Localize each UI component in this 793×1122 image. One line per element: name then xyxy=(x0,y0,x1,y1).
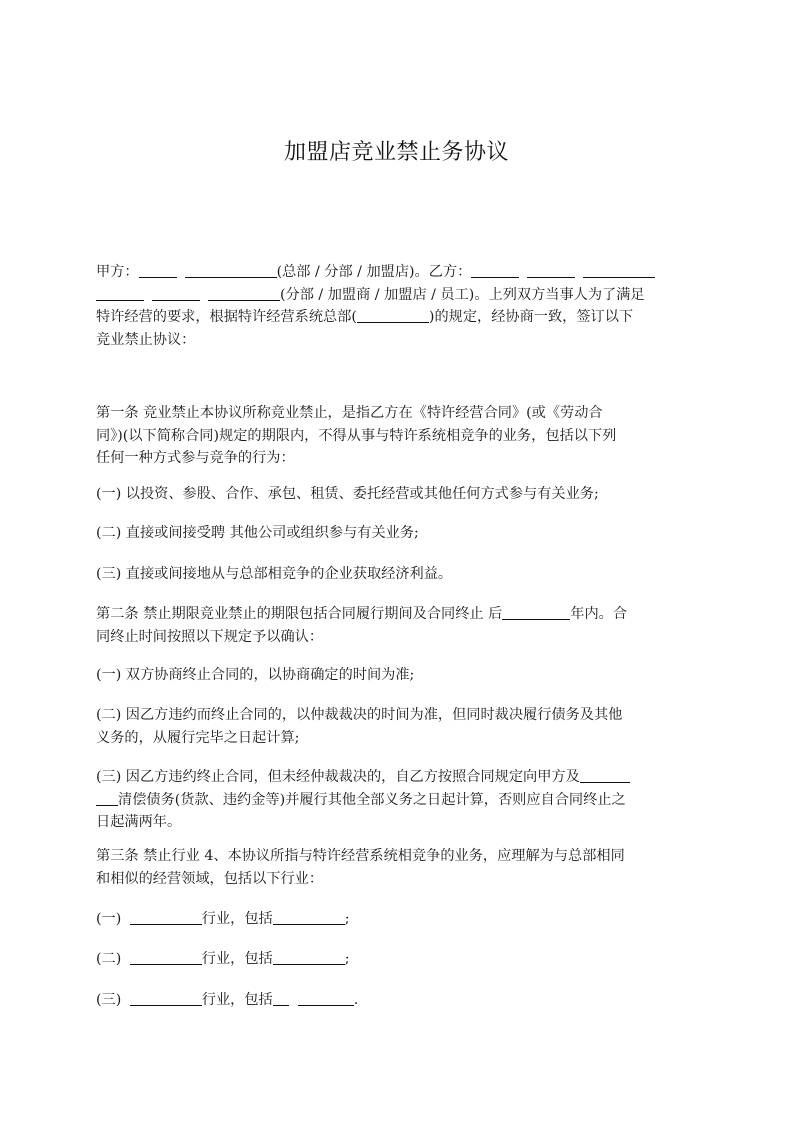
list-item: (一) 双方协商终止合同的，以协商确定的时间为准; xyxy=(96,664,698,687)
headquarters-blank[interactable] xyxy=(357,308,429,323)
article-1-item-1: (一) 以投资、参股、合作、承包、租赁、委托经营或其他任何方式参与有关业务; xyxy=(96,483,698,506)
party-b-blank-3[interactable] xyxy=(583,263,655,278)
article-2-text: 年内。合 xyxy=(570,606,627,622)
party-b-blank-6[interactable] xyxy=(208,286,280,301)
list-item: 义务的，从履行完毕之日起计算; xyxy=(96,727,698,750)
party-b-blank-1[interactable] xyxy=(471,263,519,278)
document-title: 加盟店竞业禁止务协议 xyxy=(0,138,793,168)
item-end: ; xyxy=(345,911,350,927)
item-prefix: (二) xyxy=(96,951,126,967)
article-3-line: 第三条 禁止行业 4、本协议所指与特许经营系统相竞争的业务，应理解为与总部相同 xyxy=(96,845,698,868)
industry-detail-blank-2[interactable] xyxy=(298,991,354,1006)
preamble-line-4: 竞业禁止协议： xyxy=(96,329,698,352)
party-a-and-blank-cont[interactable] xyxy=(96,791,118,806)
article-1-line: 任何一种方式参与竞争的行为： xyxy=(96,447,698,470)
industry-blank[interactable] xyxy=(130,950,202,965)
item-prefix: (三) xyxy=(96,992,126,1008)
item-end: ; xyxy=(345,951,350,967)
party-b-blank-5[interactable] xyxy=(152,286,200,301)
industry-blank[interactable] xyxy=(130,991,202,1006)
article-2-text: 第二条 禁止期限竞业禁止的期限包括合同履行期间及合同终止 后 xyxy=(96,606,502,622)
list-item: (二) 直接或间接受聘 其他公司或组织参与有关业务; xyxy=(96,522,698,545)
list-item-text: (三) 因乙方违约终止合同，但未经仲裁裁决的，自乙方按照合同规定向甲方及 xyxy=(96,769,580,785)
item-prefix: (一) xyxy=(96,911,126,927)
item-text: 行业，包括 xyxy=(202,911,273,927)
item-text: 行业，包括 xyxy=(202,992,273,1008)
document-page: 加盟店竞业禁止务协议 甲方：(总部 / 分部 / 加盟店)。乙方： (分部 / … xyxy=(0,0,793,1122)
article-1-line: 同》)(以下简称合同)规定的期限内，不得从事与特许系统相竞争的业务，包括以下列 xyxy=(96,425,698,448)
article-2-item-1: (一) 双方协商终止合同的，以协商确定的时间为准; xyxy=(96,664,698,687)
preamble-text: )的规定，经协商一致，签订以下 xyxy=(429,309,633,325)
article-2-item-3-line-2: 清偿债务(货款、违约金等)并履行其他全部义务之日起计算，否则应自合同终止之 xyxy=(96,789,698,812)
preamble-line-1: 甲方：(总部 / 分部 / 加盟店)。乙方： xyxy=(96,261,698,284)
list-item: (三) 直接或间接地从与总部相竞争的企业获取经济利益。 xyxy=(96,563,698,586)
article-2-line-1: 第二条 禁止期限竞业禁止的期限包括合同履行期间及合同终止 后年内。合 xyxy=(96,603,698,626)
list-item-text: 清偿债务(货款、违约金等)并履行其他全部义务之日起计算，否则应自合同终止之 xyxy=(118,792,626,808)
party-a-blank-1[interactable] xyxy=(139,263,177,278)
party-b-blank-2[interactable] xyxy=(527,263,575,278)
party-a-blank-2[interactable] xyxy=(185,263,277,278)
industry-blank[interactable] xyxy=(130,910,202,925)
preamble-paragraph: 甲方：(总部 / 分部 / 加盟店)。乙方： (分部 / 加盟商 / 加盟店 /… xyxy=(96,261,698,351)
industry-item-1: (一) 行业，包括; xyxy=(96,908,698,931)
list-item-text: 日起满两年。 xyxy=(96,811,698,834)
industry-detail-blank[interactable] xyxy=(273,950,345,965)
preamble-line-3: 特许经营的要求，根据特许经营系统总部()的规定，经协商一致，签订以下 xyxy=(96,306,698,329)
article-2-line-2: 同终止时间按照以下规定予以确认： xyxy=(96,626,698,649)
article-1-item-2: (二) 直接或间接受聘 其他公司或组织参与有关业务; xyxy=(96,522,698,545)
list-item: (二) 因乙方违约而终止合同的，以仲裁裁决的时间为准，但同时裁决履行债务及其他 xyxy=(96,704,698,727)
article-2-item-3: (三) 因乙方违约终止合同，但未经仲裁裁决的，自乙方按照合同规定向甲方及 清偿债… xyxy=(96,766,698,834)
party-b-label: 乙方： xyxy=(429,264,472,280)
years-blank[interactable] xyxy=(502,605,570,620)
article-3-line: 和相似的经营领域，包括以下行业： xyxy=(96,868,698,891)
party-a-label: 甲方： xyxy=(96,264,139,280)
preamble-line-2: (分部 / 加盟商 / 加盟店 / 员工)。上列双方当事人为了满足 xyxy=(96,284,698,307)
preamble-text: 特许经营的要求，根据特许经营系统总部( xyxy=(96,309,357,325)
article-2: 第二条 禁止期限竞业禁止的期限包括合同履行期间及合同终止 后年内。合 同终止时间… xyxy=(96,603,698,648)
article-2-item-2: (二) 因乙方违约而终止合同的，以仲裁裁决的时间为准，但同时裁决履行债务及其他 … xyxy=(96,704,698,749)
industry-item-2: (二) 行业，包括; xyxy=(96,948,698,971)
article-2-item-3-line-1: (三) 因乙方违约终止合同，但未经仲裁裁决的，自乙方按照合同规定向甲方及 xyxy=(96,766,698,789)
industry-detail-blank[interactable] xyxy=(273,991,289,1006)
party-a-and-blank[interactable] xyxy=(580,768,630,783)
industry-item-3: (三) 行业，包括. xyxy=(96,989,698,1012)
industry-detail-blank[interactable] xyxy=(273,910,345,925)
party-a-type: (总部 / 分部 / 加盟店)。 xyxy=(277,264,429,280)
article-1: 第一条 竞业禁止本协议所称竞业禁止，是指乙方在《特许经营合同》(或《劳动合 同》… xyxy=(96,402,698,470)
article-3: 第三条 禁止行业 4、本协议所指与特许经营系统相竞争的业务，应理解为与总部相同 … xyxy=(96,845,698,890)
party-b-type: (分部 / 加盟商 / 加盟店 / 员工)。上列双方当事人为了满足 xyxy=(280,287,645,303)
item-text: 行业，包括 xyxy=(202,951,273,967)
article-1-item-3: (三) 直接或间接地从与总部相竞争的企业获取经济利益。 xyxy=(96,563,698,586)
item-end: . xyxy=(354,992,359,1008)
list-item: (一) 以投资、参股、合作、承包、租赁、委托经营或其他任何方式参与有关业务; xyxy=(96,483,698,506)
article-1-line: 第一条 竞业禁止本协议所称竞业禁止，是指乙方在《特许经营合同》(或《劳动合 xyxy=(96,402,698,425)
party-b-blank-4[interactable] xyxy=(96,286,144,301)
